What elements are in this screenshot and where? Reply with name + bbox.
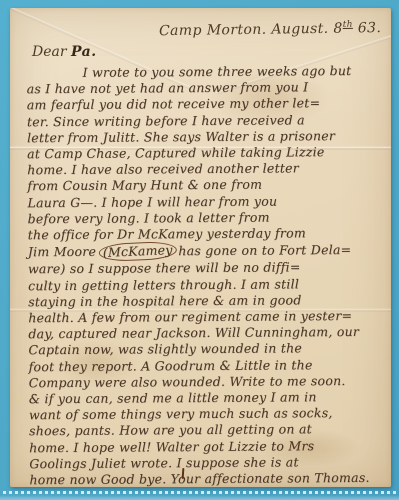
circled-annotation: (McKamey — [98, 241, 176, 262]
letter-line: I wrote to you some three weeks ago but — [27, 63, 385, 82]
letter-line-with-annotation: Jim Moore (McKamey has gone on to Fort D… — [28, 241, 386, 262]
salutation: Dear Pa. — [32, 44, 97, 60]
salutation-name: Pa. — [71, 44, 97, 60]
letter-body: I wrote to you some three weeks ago but … — [27, 63, 388, 487]
sleeve-edge — [3, 491, 396, 494]
dateline-place: Camp Morton. — [159, 22, 267, 39]
dateline-day-suffix: th — [342, 20, 352, 30]
letter-line-pre: Jim Moore — [28, 244, 101, 260]
dateline-month-day: August. 8 — [271, 21, 343, 38]
letter-line: Company were also wounded. Write to me s… — [29, 373, 387, 392]
salutation-greeting: Dear — [32, 44, 67, 60]
letter-line: letter from Julitt. She says Walter is a… — [27, 128, 385, 147]
letter-line-post: has gone on to Fort Dela= — [174, 242, 351, 258]
letter-line: home now Good bye. Your affectionate son… — [29, 470, 387, 487]
dateline-year: 63. — [357, 20, 381, 36]
sleeve-glare — [0, 495, 399, 500]
scan-backdrop: Camp Morton. August. 8th 63. Dear Pa. I … — [0, 0, 399, 500]
letter-paper: Camp Morton. August. 8th 63. Dear Pa. I … — [10, 8, 391, 487]
dateline: Camp Morton. August. 8th 63. — [159, 19, 381, 39]
letter-line: day, captured near Jackson. Will Cunning… — [28, 324, 386, 343]
